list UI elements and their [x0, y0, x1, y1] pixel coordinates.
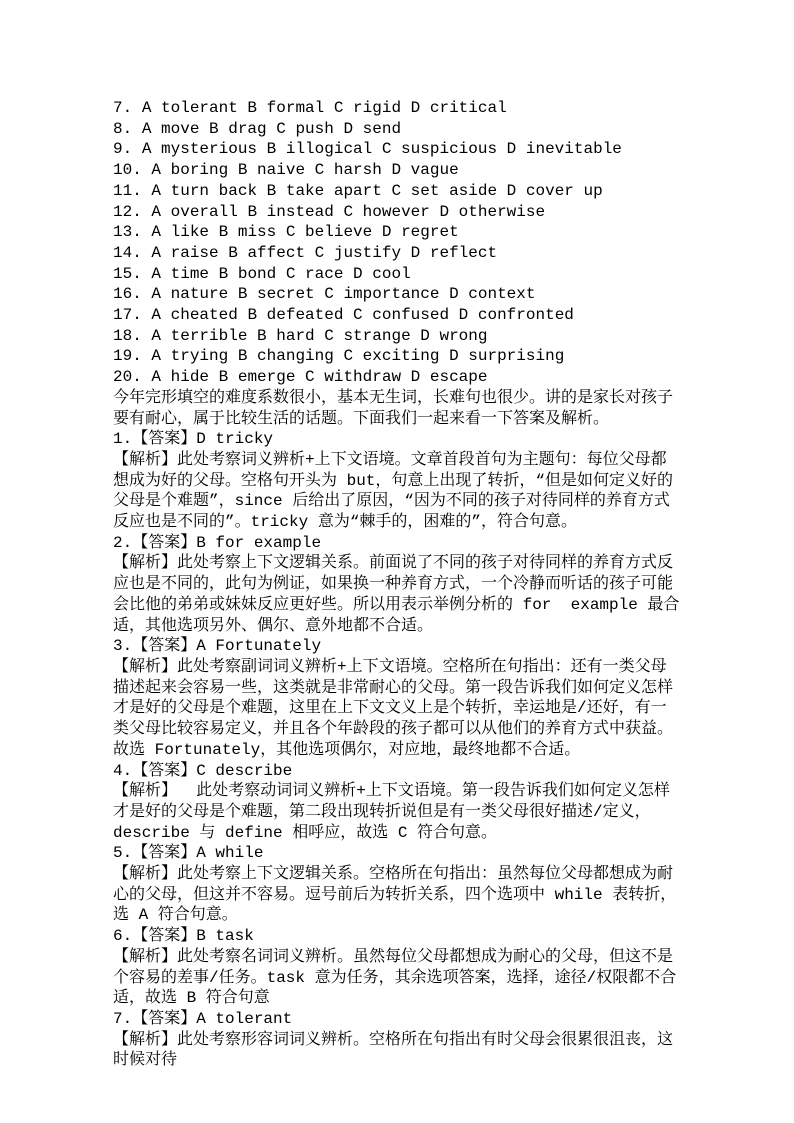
- analysis-paragraph-2: 【解析】此处考察上下文逻辑关系。前面说了不同的孩子对待同样的养育方式反应也是不同…: [113, 553, 681, 636]
- answer-line-1: 1.【答案】D tricky: [113, 429, 681, 450]
- answer-line-3: 3.【答案】A Fortunately: [113, 636, 681, 657]
- option-choices: A move B drag C push D send: [142, 120, 401, 138]
- analysis-label: 【解析】: [113, 865, 177, 883]
- answer-label: 【答案】: [132, 534, 196, 552]
- option-number: 12.: [113, 203, 142, 221]
- option-choices: A overall B instead C however D otherwis…: [151, 203, 545, 221]
- answer-number: 4.: [113, 762, 132, 780]
- cloze-option-line-8: 8. A move B drag C push D send: [113, 119, 681, 140]
- cloze-option-line-18: 18. A terrible B hard C strange D wrong: [113, 326, 681, 347]
- option-number: 7.: [113, 99, 132, 117]
- answer-number: 2.: [113, 534, 132, 552]
- answer-line-4: 4.【答案】C describe: [113, 761, 681, 782]
- answer-number: 6.: [113, 927, 132, 945]
- cloze-option-line-16: 16. A nature B secret C importance D con…: [113, 284, 681, 305]
- option-choices: A terrible B hard C strange D wrong: [151, 327, 487, 345]
- analysis-text: 此处考察动词词义辨析+上下文语境。第一段告诉我们如何定义怎样才是好的父母是个难题…: [113, 782, 670, 841]
- option-number: 20.: [113, 368, 142, 386]
- answer-value: A tolerant: [196, 1010, 292, 1028]
- analysis-paragraph-7: 【解析】此处考察形容词词义辨析。空格所在句指出有时父母会很累很沮丧，这时候对待: [113, 1030, 681, 1071]
- option-number: 15.: [113, 265, 142, 283]
- option-number: 17.: [113, 306, 142, 324]
- cloze-option-line-11: 11. A turn back B take apart C set aside…: [113, 181, 681, 202]
- answer-line-2: 2.【答案】B for example: [113, 533, 681, 554]
- answer-line-7: 7.【答案】A tolerant: [113, 1009, 681, 1030]
- analysis-paragraph-5: 【解析】此处考察上下文逻辑关系。空格所在句指出：虽然每位父母都想成为耐心的父母，…: [113, 864, 681, 926]
- intro-paragraph: 今年完形填空的难度系数很小，基本无生词，长难句也很少。讲的是家长对孩子要有耐心，…: [113, 388, 681, 429]
- cloze-option-line-17: 17. A cheated B defeated C confused D co…: [113, 305, 681, 326]
- answer-analysis-section: 1.【答案】D tricky 【解析】此处考察词义辨析+上下文语境。文章首段首句…: [113, 429, 681, 1071]
- answer-label: 【答案】: [132, 430, 196, 448]
- answer-label: 【答案】: [132, 762, 196, 780]
- analysis-paragraph-6: 【解析】此处考察名词词义辨析。虽然每位父母都想成为耐心的父母，但这不是个容易的差…: [113, 947, 681, 1009]
- answer-number: 7.: [113, 1010, 132, 1028]
- answer-value: B task: [196, 927, 254, 945]
- intro-text: 今年完形填空的难度系数很小，基本无生词，长难句也很少。讲的是家长对孩子要有耐心，…: [113, 389, 673, 428]
- analysis-paragraph-3: 【解析】此处考察副词词义辨析+上下文语境。空格所在句指出：还有一类父母描述起来会…: [113, 657, 681, 761]
- document-page: 7. A tolerant B formal C rigid D critica…: [0, 0, 794, 1123]
- analysis-label: 【解析】: [113, 948, 177, 966]
- option-choices: A mysterious B illogical C suspicious D …: [142, 140, 622, 158]
- answer-number: 5.: [113, 844, 132, 862]
- option-number: 16.: [113, 285, 142, 303]
- option-choices: A nature B secret C importance D context: [151, 285, 535, 303]
- analysis-paragraph-4: 【解析】 此处考察动词词义辨析+上下文语境。第一段告诉我们如何定义怎样才是好的父…: [113, 781, 681, 843]
- option-number: 11.: [113, 182, 142, 200]
- option-number: 9.: [113, 140, 132, 158]
- analysis-text: 此处考察名词词义辨析。虽然每位父母都想成为耐心的父母，但这不是个容易的差事/任务…: [113, 948, 676, 1007]
- answer-value: B for example: [196, 534, 321, 552]
- analysis-text: 此处考察上下文逻辑关系。空格所在句指出：虽然每位父母都想成为耐心的父母，但这并不…: [113, 865, 676, 924]
- option-number: 13.: [113, 223, 142, 241]
- option-choices: A time B bond C race D cool: [151, 265, 410, 283]
- cloze-option-line-20: 20. A hide B emerge C withdraw D escape: [113, 367, 681, 388]
- answer-value: A while: [196, 844, 263, 862]
- answer-number: 1.: [113, 430, 132, 448]
- answer-value: D tricky: [196, 430, 273, 448]
- analysis-text: 此处考察副词词义辨析+上下文语境。空格所在句指出：还有一类父母描述起来会容易一些…: [113, 658, 673, 759]
- option-choices: A boring B naive C harsh D vague: [151, 161, 458, 179]
- option-number: 10.: [113, 161, 142, 179]
- cloze-option-line-19: 19. A trying B changing C exciting D sur…: [113, 346, 681, 367]
- answer-line-5: 5.【答案】A while: [113, 843, 681, 864]
- analysis-label: 【解析】: [113, 554, 177, 572]
- option-choices: A turn back B take apart C set aside D c…: [151, 182, 602, 200]
- option-choices: A like B miss C believe D regret: [151, 223, 458, 241]
- cloze-option-line-15: 15. A time B bond C race D cool: [113, 264, 681, 285]
- option-number: 14.: [113, 244, 142, 262]
- cloze-option-line-14: 14. A raise B affect C justify D reflect: [113, 243, 681, 264]
- answer-label: 【答案】: [132, 1010, 196, 1028]
- option-number: 18.: [113, 327, 142, 345]
- analysis-label: 【解析】: [113, 451, 177, 469]
- cloze-option-line-12: 12. A overall B instead C however D othe…: [113, 202, 681, 223]
- cloze-option-line-13: 13. A like B miss C believe D regret: [113, 222, 681, 243]
- option-choices: A hide B emerge C withdraw D escape: [151, 368, 487, 386]
- analysis-label: 【解析】: [113, 782, 177, 800]
- answer-value: C describe: [196, 762, 292, 780]
- cloze-option-line-7: 7. A tolerant B formal C rigid D critica…: [113, 98, 681, 119]
- document-content: 7. A tolerant B formal C rigid D critica…: [113, 98, 681, 1071]
- answer-label: 【答案】: [132, 927, 196, 945]
- answer-number: 3.: [113, 637, 132, 655]
- analysis-label: 【解析】: [113, 1031, 177, 1049]
- option-choices: A cheated B defeated C confused D confro…: [151, 306, 573, 324]
- option-number: 8.: [113, 120, 132, 138]
- analysis-paragraph-1: 【解析】此处考察词义辨析+上下文语境。文章首段首句为主题句：每位父母都想成为好的…: [113, 450, 681, 533]
- cloze-option-line-10: 10. A boring B naive C harsh D vague: [113, 160, 681, 181]
- answer-label: 【答案】: [132, 637, 196, 655]
- analysis-text: 此处考察词义辨析+上下文语境。文章首段首句为主题句：每位父母都想成为好的父母。空…: [113, 451, 673, 531]
- option-choices: A trying B changing C exciting D surpris…: [151, 347, 564, 365]
- option-choices: A tolerant B formal C rigid D critical: [142, 99, 507, 117]
- option-number: 19.: [113, 347, 142, 365]
- answer-value: A Fortunately: [196, 637, 321, 655]
- answer-label: 【答案】: [132, 844, 196, 862]
- cloze-options-list: 7. A tolerant B formal C rigid D critica…: [113, 98, 681, 388]
- analysis-label: 【解析】: [113, 658, 177, 676]
- analysis-text: 此处考察形容词词义辨析。空格所在句指出有时父母会很累很沮丧，这时候对待: [113, 1031, 673, 1070]
- cloze-option-line-9: 9. A mysterious B illogical C suspicious…: [113, 139, 681, 160]
- answer-line-6: 6.【答案】B task: [113, 926, 681, 947]
- option-choices: A raise B affect C justify D reflect: [151, 244, 497, 262]
- analysis-text: 此处考察上下文逻辑关系。前面说了不同的孩子对待同样的养育方式反应也是不同的，此句…: [113, 554, 679, 634]
